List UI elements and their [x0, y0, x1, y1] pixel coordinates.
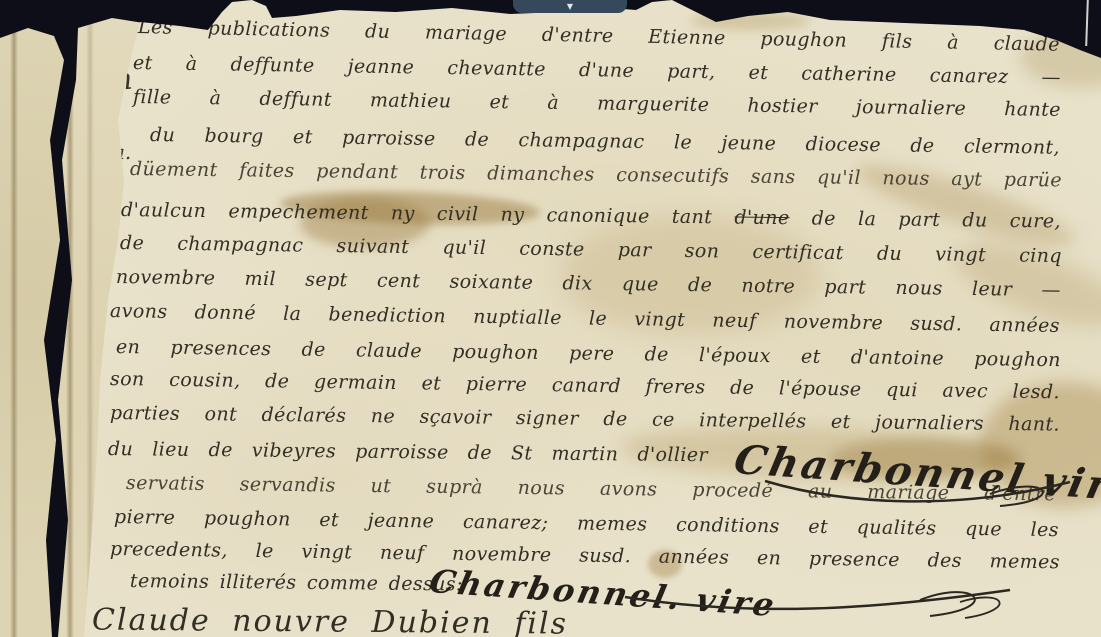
manuscript-page: m ma. est Les publications du mariage d'…: [0, 0, 1101, 637]
manuscript-line: du bourg et parroisse de champagnac le j…: [150, 124, 1060, 159]
manuscript-line: du lieu de vibeyres parroisse de St mart…: [108, 438, 708, 466]
manuscript-line: düement faites pendant trois dimanches c…: [130, 158, 1062, 191]
manuscript-line: m Claude nouvre Dubien fils: [40, 602, 568, 637]
manuscript-scan-view: m ma. est Les publications du mariage d'…: [0, 0, 1101, 637]
paper-crease: [10, 20, 18, 637]
manuscript-line: en presences de claude poughon pere de l…: [116, 336, 1061, 371]
chevron-down-icon: ▼: [567, 3, 573, 11]
manuscript-line: temoins illiterés comme dessus:: [130, 570, 463, 595]
struck-text: d'une: [734, 206, 789, 229]
manuscript-line: et à deffunte jeanne chevantte d'une par…: [133, 52, 1061, 89]
manuscript-line: Les publications du mariage d'entre Etie…: [138, 16, 1060, 56]
viewer-collapse-handle[interactable]: ▼: [513, 0, 627, 13]
manuscript-line: son cousin, de germain et pierre canard …: [110, 368, 1060, 403]
scratch-mark: [1085, 0, 1089, 46]
paper-crease: [66, 20, 74, 637]
manuscript-line: fille à deffunt mathieu et à marguerite …: [133, 86, 1061, 121]
signature-flourish: [760, 466, 1080, 518]
manuscript-line: parties ont déclarés ne sçavoir signer d…: [110, 402, 1060, 436]
manuscript-line: precedents, le vingt neuf novembre susd.…: [110, 538, 1060, 573]
signature-flourish: [620, 572, 1020, 627]
